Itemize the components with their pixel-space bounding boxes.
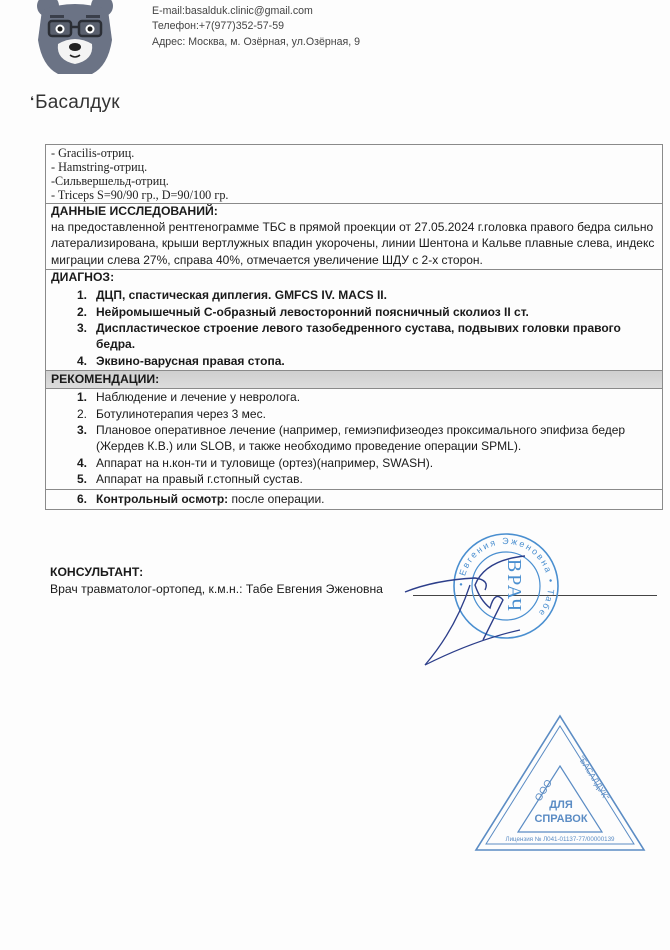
tests-row: - Gracilis-отриц. - Hamstring-отриц. -Си…	[46, 145, 662, 204]
consultant-line: Врач травматолог-ортопед, к.м.н.: Табе Е…	[50, 581, 383, 598]
medical-report-table: - Gracilis-отриц. - Hamstring-отриц. -Си…	[45, 144, 663, 510]
clinic-contacts: E-mail:basalduk.clinic@gmail.com Телефон…	[152, 4, 360, 50]
control-exam-label: Контрольный осмотр:	[96, 492, 228, 506]
diagnosis-list: 1.ДЦП, спастическая диплегия. GMFCS IV. …	[51, 287, 657, 369]
diagnosis-title: ДИАГНОЗ:	[51, 270, 657, 285]
test-item: - Hamstring-отриц.	[51, 160, 657, 174]
recommendation-item: 4.Аппарат на н.кон-ти и туловище (ортез)…	[51, 455, 657, 471]
recommendation-item: 2.Ботулинотерапия через 3 мес.	[51, 406, 657, 422]
recommendations-title: РЕКОМЕНДАЦИИ:	[46, 371, 662, 389]
research-title: ДАННЫЕ ИССЛЕДОВАНИЙ:	[51, 204, 657, 219]
consultant-title: КОНСУЛЬТАНТ:	[50, 564, 383, 581]
control-exam-text: после операции.	[228, 492, 324, 506]
contact-email[interactable]: E-mail:basalduk.clinic@gmail.com	[152, 4, 360, 19]
svg-text:"БАСАЛДУК": "БАСАЛДУК"	[576, 754, 611, 802]
recommendations-section: РЕКОМЕНДАЦИИ: 1.Наблюдение и лечение у н…	[46, 371, 662, 489]
diagnosis-item: 2.Нейромышечный С-образный левосторонний…	[51, 304, 657, 320]
research-text: на предоставленной рентгенограмме ТБС в …	[51, 219, 657, 268]
recommendation-item-control: 6.Контрольный осмотр: после операции.	[51, 491, 657, 507]
diagnosis-item: 4.Эквино-варусная правая стопа.	[51, 353, 657, 369]
contact-address: Адрес: Москва, м. Озёрная, ул.Озёрная, 9	[152, 35, 360, 50]
bear-logo-icon	[30, 0, 120, 80]
diagnosis-section: ДИАГНОЗ: 1.ДЦП, спастическая диплегия. G…	[46, 270, 662, 371]
brand-mark-icon: ❛	[30, 94, 34, 108]
test-item: - Triceps S=90/90 гр., D=90/100 гр.	[51, 188, 657, 202]
research-section: ДАННЫЕ ИССЛЕДОВАНИЙ: на предоставленной …	[46, 204, 662, 270]
svg-text:ДЛЯ: ДЛЯ	[549, 799, 573, 811]
brand-name: ❛Басалдук	[30, 92, 120, 114]
recommendation-item: 1.Наблюдение и лечение у невролога.	[51, 389, 657, 405]
contact-phone[interactable]: Телефон:+7(977)352-57-59	[152, 19, 360, 34]
svg-text:Лицензия № Л041-01137-77/00000: Лицензия № Л041-01137-77/00000139	[506, 836, 616, 843]
recommendations-list: 1.Наблюдение и лечение у невролога. 2.Бо…	[51, 389, 657, 487]
test-item: - Gracilis-отриц.	[51, 146, 657, 160]
consultant-block: КОНСУЛЬТАНТ: Врач травматолог-ортопед, к…	[50, 564, 383, 598]
diagnosis-item: 1.ДЦП, спастическая диплегия. GMFCS IV. …	[51, 287, 657, 303]
recommendation-item: 5.Аппарат на правый г.стопный сустав.	[51, 471, 657, 487]
diagnosis-item: 3.Диспластическое строение левого тазобе…	[51, 320, 657, 353]
control-exam-row: 6.Контрольный осмотр: после операции.	[46, 490, 662, 510]
handwritten-signature-icon	[395, 530, 555, 670]
clinic-triangle-stamp-icon: ООО "БАСАЛДУК" ДЛЯ СПРАВОК Лицензия № Л0…	[470, 710, 650, 860]
recommendation-item: 3.Плановое оперативное лечение (например…	[51, 422, 657, 455]
svg-text:СПРАВОК: СПРАВОК	[534, 813, 587, 825]
test-item: -Сильвершельд-отриц.	[51, 174, 657, 188]
